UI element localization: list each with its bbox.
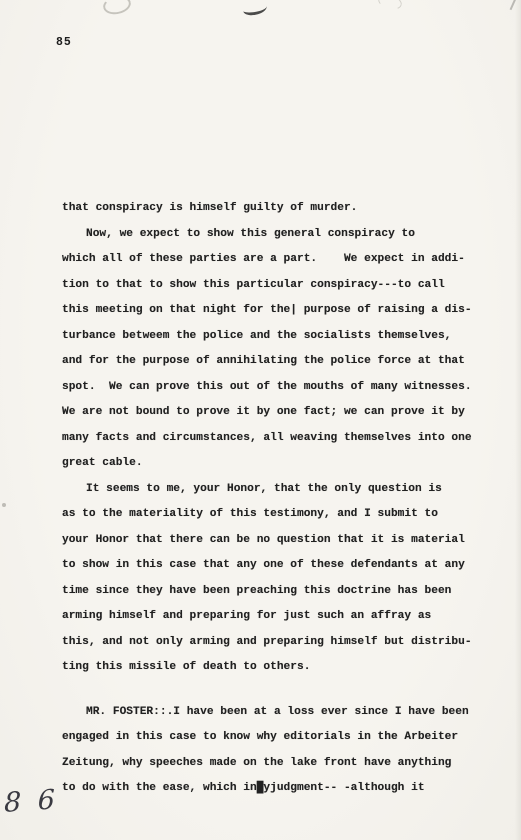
- smudge-mark: [2, 503, 6, 507]
- text-line: many facts and circumstances, all weavin…: [62, 426, 476, 452]
- paragraph-continuation: that conspiracy is himself guilty of mur…: [62, 196, 476, 222]
- text-line: Now, we expect to show this general cons…: [62, 222, 476, 248]
- smudge-mark: [242, 1, 267, 16]
- text-line: and for the purpose of annihilating the …: [62, 349, 476, 375]
- text-line: spot. We can prove this out of the mouth…: [62, 375, 476, 401]
- text-line: this, and not only arming and preparing …: [62, 630, 476, 656]
- text-line: It seems to me, your Honor, that the onl…: [62, 477, 476, 503]
- text-line: engaged in this case to know why editori…: [62, 725, 476, 751]
- text-line: We are not bound to prove it by one fact…: [62, 400, 476, 426]
- text-line: great cable.: [62, 451, 476, 477]
- paragraph-conspiracy: Now, we expect to show this general cons…: [62, 222, 476, 477]
- text-body: that conspiracy is himself guilty of mur…: [62, 196, 476, 802]
- text-line: tion to that to show this particular con…: [62, 273, 476, 299]
- text-line: this meeting on that night for the| purp…: [62, 298, 476, 324]
- smudge-mark: [510, 0, 521, 13]
- text-line: as to the materiality of this testimony,…: [62, 502, 476, 528]
- text-line: arming himself and preparing for just su…: [62, 604, 476, 630]
- scanned-page: 85 that conspiracy is himself guilty of …: [0, 0, 521, 840]
- handwritten-page-number: 8 6: [4, 784, 59, 819]
- text-line: your Honor that there can be no question…: [62, 528, 476, 554]
- text-line: that conspiracy is himself guilty of mur…: [62, 196, 476, 222]
- paragraph-mr-foster: MR. FOSTER::.I have been at a loss ever …: [62, 700, 476, 802]
- text-line: time since they have been preaching this…: [62, 579, 476, 605]
- smudge-mark: [377, 0, 404, 12]
- text-line: MR. FOSTER::.I have been at a loss ever …: [62, 700, 476, 726]
- smudge-mark: [101, 0, 132, 17]
- text-line: ting this missile of death to others.: [62, 655, 476, 681]
- text-line: to do with the ease, which in█yjudgment-…: [62, 776, 476, 802]
- text-line: Zeitung, why speeches made on the lake f…: [62, 751, 476, 777]
- typed-page-number: 85: [56, 36, 72, 49]
- text-line: turbance betweem the police and the soci…: [62, 324, 476, 350]
- text-line: which all of these parties are a part. W…: [62, 247, 476, 273]
- text-line: to show in this case that any one of the…: [62, 553, 476, 579]
- paragraph-materiality: It seems to me, your Honor, that the onl…: [62, 477, 476, 681]
